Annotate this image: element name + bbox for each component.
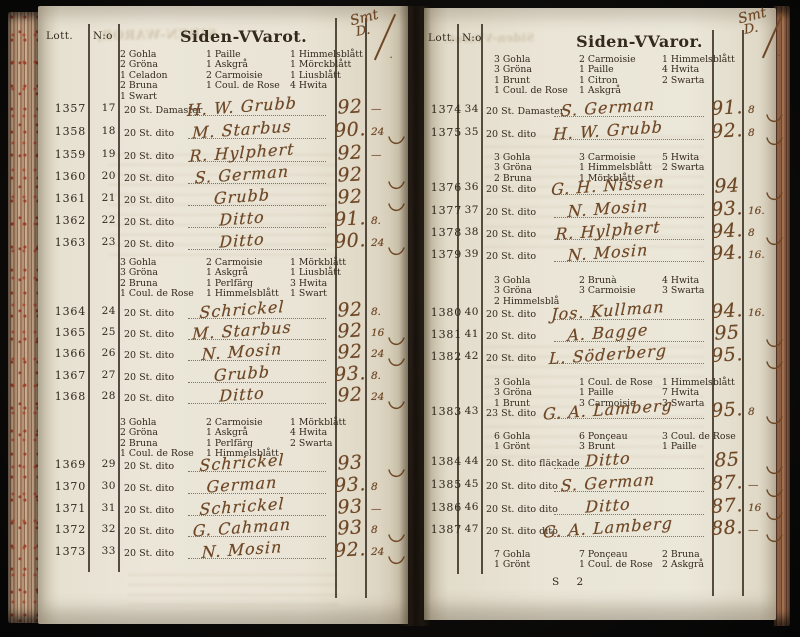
color-assortment-column: 3 Gohla2 Gröna2 Bruna1 Coul. de Rose: [120, 418, 194, 460]
annotation-dot: .: [390, 50, 393, 61]
color-count-item: 2 Askgrå: [662, 560, 704, 570]
ink-flourish: [766, 136, 783, 150]
price-ore: 8.: [371, 306, 395, 318]
item-number: 41: [462, 328, 479, 340]
table-row: 13753520 St. ditoH. W. Grubb92.8: [424, 126, 776, 146]
ink-flourish: [766, 113, 783, 127]
price-daler: 91.: [327, 207, 372, 231]
item-number: 29: [92, 458, 116, 470]
ink-flourish: [388, 533, 405, 547]
lott-number: 1363: [42, 236, 86, 249]
item-number: 17: [92, 102, 116, 114]
color-count-item: 1 Grönt: [494, 560, 530, 570]
table-row: 13682820 St. ditoDitto9224: [38, 390, 408, 410]
item-number: 46: [462, 501, 479, 513]
ink-flourish: [388, 202, 405, 216]
item-number: 42: [462, 350, 479, 362]
ink-flourish: [766, 488, 783, 502]
price-daler: 90.: [327, 229, 372, 253]
price-ore: 8.: [371, 370, 395, 382]
color-assortment-column: 1 Himmelsblått1 Mörckblått1 Liusblått4 H…: [290, 50, 363, 92]
color-assortment-column: 4 Hwita3 Swarta: [662, 276, 704, 297]
book-page-edges-left: [8, 12, 39, 623]
item-number: 38: [462, 226, 479, 238]
price-daler: 94: [704, 174, 749, 198]
price-daler: 92: [327, 141, 372, 165]
item-number: 44: [462, 455, 479, 467]
lott-number: 1369: [42, 458, 86, 471]
item-number: 34: [462, 103, 479, 115]
price-daler: 85: [704, 448, 749, 472]
ink-flourish: [388, 135, 405, 149]
item-number: 19: [92, 148, 116, 160]
column-rule: [88, 24, 90, 572]
lott-number: 1362: [42, 214, 86, 227]
photo-of-open-ledger-book: { "left_page": { "labels": {"lott": "Lot…: [0, 0, 800, 637]
price-daler: 95.: [704, 398, 749, 422]
color-count-item: 1 Grönt: [494, 442, 530, 452]
item-number: 39: [462, 248, 479, 260]
price-ore: —: [371, 503, 395, 515]
ink-flourish: [388, 400, 405, 414]
lott-number: 1360: [42, 170, 86, 183]
annotation-line2: D.: [354, 21, 379, 40]
lott-number: 1358: [42, 125, 86, 138]
ink-flourish: [388, 180, 405, 194]
item-number: 18: [92, 125, 116, 137]
color-count-item: 1 Swart: [120, 92, 168, 102]
color-assortment-column: 3 Gohla3 Gröna2 Bruna1 Coul. de Rose: [120, 258, 194, 300]
price-daler: 94.: [704, 241, 749, 265]
table-row: 13632320 St. ditoDitto90.24: [38, 236, 408, 256]
table-body: 2 Gohla2 Gröna1 Celadon2 Bruna1 Swart1 P…: [38, 6, 408, 624]
color-assortment-column: 2 Gohla2 Gröna1 Celadon2 Bruna1 Swart: [120, 50, 168, 102]
ink-flourish: [766, 191, 783, 205]
item-number: 23: [92, 236, 116, 248]
price-daler: 87.: [704, 471, 749, 495]
ink-flourish: [766, 465, 783, 479]
lott-number: 1370: [42, 480, 86, 493]
lott-number: 1368: [42, 390, 86, 403]
color-assortment-column: 6 Gohla1 Grönt: [494, 432, 530, 453]
price-daler: 88.: [704, 516, 749, 540]
ink-flourish: [388, 468, 405, 482]
color-count-item: 1 Coul. de Rose: [579, 560, 653, 570]
color-count-item: 1 Askgrå: [579, 86, 636, 96]
price-daler: 92: [327, 340, 372, 364]
price-daler: 90.: [327, 118, 372, 142]
price-daler: 94.: [704, 299, 749, 323]
item-number: 37: [462, 204, 479, 216]
annotation-dot: .: [778, 48, 781, 59]
item-number: 26: [92, 347, 116, 359]
price-daler: 91.: [704, 96, 749, 120]
lott-number: 1364: [42, 305, 86, 318]
table-row: 13824220 St. ditoL. Söderberg95.: [424, 350, 776, 370]
lott-number: 1366: [42, 347, 86, 360]
color-assortment-column: 3 Gohla3 Gröna2 Himmelsblå: [494, 276, 559, 307]
item-number: 27: [92, 369, 116, 381]
color-count-item: 2 Swarta: [662, 76, 735, 86]
color-count-item: 1 Coul. de Rose: [120, 289, 194, 299]
ink-flourish: [766, 533, 783, 547]
column-rule: [118, 24, 120, 572]
item-number: 30: [92, 480, 116, 492]
price-daler: 93.: [327, 473, 372, 497]
color-assortment-column: 2 Bruna2 Askgrå: [662, 550, 704, 571]
price-daler: 94.: [704, 219, 749, 243]
price-daler: 92: [327, 185, 372, 209]
item-number: 28: [92, 390, 116, 402]
price-ore: 16.: [748, 249, 772, 261]
ink-flourish: [766, 236, 783, 250]
item-number: 47: [462, 523, 479, 535]
color-assortment-column: 7 Gohla1 Grönt: [494, 550, 530, 571]
signature-mark: S 2: [552, 576, 590, 588]
color-assortment-column: 3 Gohla3 Gröna1 Brunt1 Coul. de Rose: [494, 55, 568, 97]
item-number: 40: [462, 306, 479, 318]
handwritten-currency-annotation: Smt D. .: [350, 10, 379, 38]
price-daler: 92.: [704, 119, 749, 143]
price-daler: 87.: [704, 494, 749, 518]
table-body: 3 Gohla3 Gröna1 Brunt1 Coul. de Rose2 Ca…: [424, 8, 776, 620]
item-number: 32: [92, 523, 116, 535]
item-number: 20: [92, 170, 116, 182]
color-count-item: 3 Carmoisie: [579, 286, 636, 296]
ink-flourish: [388, 555, 405, 569]
price-ore: 8: [371, 481, 395, 493]
lott-number: 1365: [42, 326, 86, 339]
color-count-item: 1 Coul. de Rose: [206, 81, 280, 91]
column-rule: [481, 24, 483, 574]
table-row: 13874720 St. dito ditoG. A. Lamberg88.—: [424, 523, 776, 543]
item-number: 45: [462, 478, 479, 490]
price-daler: 93.: [704, 197, 749, 221]
lott-number: 1371: [42, 502, 86, 515]
price-daler: 92.: [327, 538, 372, 562]
color-assortment-column: 1 Mörkblått1 Liusblått3 Hwita1 Swart: [290, 258, 346, 300]
color-assortment-column: 7 Ponçeau1 Coul. de Rose: [579, 550, 653, 571]
color-assortment-column: 1 Himmelsblått4 Hwita2 Swarta: [662, 55, 735, 86]
lott-number: 1357: [42, 102, 86, 115]
item-number: 22: [92, 214, 116, 226]
left-page: SIDEN-WAROR, Lott. N:o Siden-VVarot. Smt…: [38, 6, 408, 624]
price-ore: 16.: [748, 307, 772, 319]
price-daler: 92: [327, 383, 372, 407]
item-number: 25: [92, 326, 116, 338]
item-number: 36: [462, 181, 479, 193]
table-row: 13834323 St. ditoG. A. Lamberg95.8: [424, 405, 776, 425]
ink-flourish: [388, 246, 405, 260]
item-number: 31: [92, 502, 116, 514]
price-daler: 93: [327, 516, 372, 540]
lott-number: 1367: [42, 369, 86, 382]
price-daler: 92: [327, 95, 372, 119]
color-assortment-column: 2 Carmoisie1 Paille1 Citron1 Askgrå: [579, 55, 636, 97]
price-daler: 93: [327, 451, 372, 475]
price-daler: 95: [704, 321, 749, 345]
ink-flourish: [388, 357, 405, 371]
item-number: 43: [462, 405, 479, 417]
table-row: 13793920 St. ditoN. Mosin94.16.: [424, 248, 776, 268]
item-number: 24: [92, 305, 116, 317]
right-page: Siden-VVarot. Lott. N:o Siden-VVaror. Sm…: [424, 8, 776, 620]
price-ore: —: [371, 149, 395, 161]
annotation-line2: D.: [742, 19, 767, 38]
column-rule: [457, 24, 459, 574]
item-number: 21: [92, 192, 116, 204]
ink-flourish: [766, 360, 783, 374]
color-count-item: 1 Coul. de Rose: [494, 86, 568, 96]
lott-number: 1361: [42, 192, 86, 205]
color-assortment-column: 2 Carmoisie1 Askgrå1 Perlfärg1 Himmelsbl…: [206, 258, 279, 300]
ink-flourish: [766, 511, 783, 525]
table-row: 13733320 St. ditoN. Mosin92.24: [38, 545, 408, 565]
price-daler: 92: [327, 163, 372, 187]
color-assortment-column: 3 Gohla3 Gröna2 Bruna: [494, 153, 532, 184]
color-assortment-column: 1 Paille1 Askgrå2 Carmoisie1 Coul. de Ro…: [206, 50, 280, 92]
handwritten-currency-annotation: Smt D. .: [738, 8, 767, 36]
price-ore: —: [371, 103, 395, 115]
color-assortment-column: 2 Brunà3 Carmoisie: [579, 276, 636, 297]
item-number: 33: [92, 545, 116, 557]
price-daler: 95.: [704, 343, 749, 367]
price-ore: 8.: [371, 215, 395, 227]
item-number: 35: [462, 126, 479, 138]
lott-number: 1372: [42, 523, 86, 536]
lott-number: 1373: [42, 545, 86, 558]
color-assortment-column: 1 Mörkblått4 Hwita2 Swarta: [290, 418, 346, 449]
ink-flourish: [766, 338, 783, 352]
color-assortment-column: 3 Gohla3 Gröna1 Brunt: [494, 378, 532, 409]
price-ore: 16.: [748, 205, 772, 217]
ink-flourish: [766, 415, 783, 429]
lott-number: 1359: [42, 148, 86, 161]
